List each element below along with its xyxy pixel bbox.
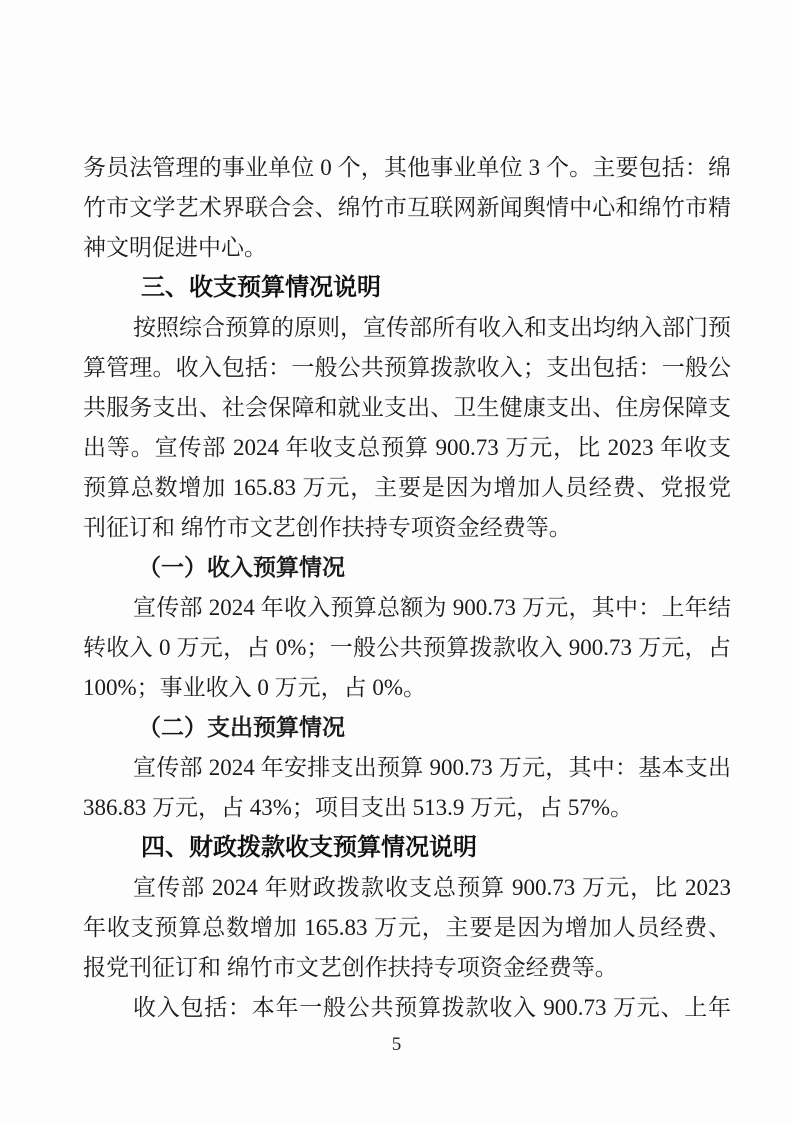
text-line: 收入包括：本年一般公共预算拨款收入 900.73 万元、上年	[83, 988, 731, 1028]
text-area: 务员法管理的事业单位 0 个，其他事业单位 3 个。主要包括：绵 竹市文学艺术界…	[83, 148, 731, 1028]
text-line: 报党刊征订和 绵竹市文艺创作扶持专项资金经费等。	[83, 948, 731, 988]
text-line: 年收支预算总数增加 165.83 万元，主要是因为增加人员经费、党	[83, 908, 731, 948]
text-line: 宣传部 2024 年财政拨款收支总预算 900.73 万元，比 2023	[83, 868, 731, 908]
text-line: 竹市文学艺术界联合会、绵竹市互联网新闻舆情中心和绵竹市精	[83, 188, 731, 228]
section-heading-4: 四、财政拨款收支预算情况说明	[83, 828, 731, 868]
subsection-heading-3-2: （二）支出预算情况	[83, 708, 731, 748]
text-line: 按照综合预算的原则，宣传部所有收入和支出均纳入部门预	[83, 308, 731, 348]
text-line: 386.83 万元，占 43%；项目支出 513.9 万元，占 57%。	[83, 788, 731, 828]
text-line: 出等。宣传部 2024 年收支总预算 900.73 万元，比 2023 年收支	[83, 428, 731, 468]
text-line: 务员法管理的事业单位 0 个，其他事业单位 3 个。主要包括：绵	[83, 148, 731, 188]
text-line: 刊征订和 绵竹市文艺创作扶持专项资金经费等。	[83, 508, 731, 548]
text-line: 宣传部 2024 年安排支出预算 900.73 万元，其中：基本支出	[83, 748, 731, 788]
text-line: 100%；事业收入 0 万元，占 0%。	[83, 668, 731, 708]
text-line: 神文明促进中心。	[83, 228, 731, 268]
text-line: 算管理。收入包括：一般公共预算拨款收入；支出包括：一般公	[83, 348, 731, 388]
document-page: 务员法管理的事业单位 0 个，其他事业单位 3 个。主要包括：绵 竹市文学艺术界…	[0, 0, 793, 1122]
text-line: 转收入 0 万元，占 0%；一般公共预算拨款收入 900.73 万元，占	[83, 628, 731, 668]
subsection-heading-3-1: （一）收入预算情况	[83, 548, 731, 588]
page-number: 5	[0, 1033, 793, 1057]
text-line: 共服务支出、社会保障和就业支出、卫生健康支出、住房保障支	[83, 388, 731, 428]
section-heading-3: 三、收支预算情况说明	[83, 268, 731, 308]
text-line: 宣传部 2024 年收入预算总额为 900.73 万元，其中：上年结	[83, 588, 731, 628]
text-line: 预算总数增加 165.83 万元，主要是因为增加人员经费、党报党	[83, 468, 731, 508]
